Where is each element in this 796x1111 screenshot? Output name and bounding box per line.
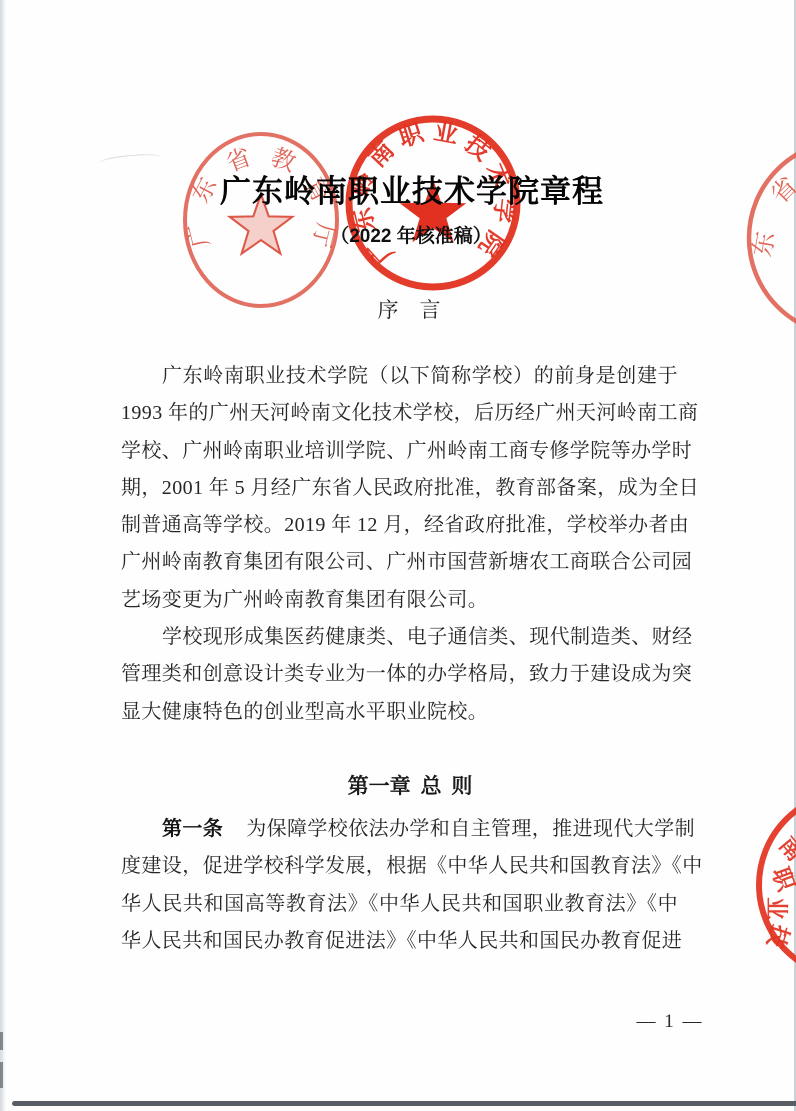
text-line: 第一条为保障学校依法办学和自主管理，推进现代大学制: [121, 811, 678, 848]
text-line: 期，2001 年 5 月经广东省人民政府批准，教育部备案，成为全日: [121, 470, 678, 507]
document-title: 广东岭南职业技术学院章程: [14, 166, 796, 211]
chapter-heading: 第一章 总 则: [12, 770, 796, 800]
text-line: 为保障学校依法办学和自主管理，推进现代大学制: [246, 818, 695, 840]
article-1-paragraph: 第一条为保障学校依法办学和自主管理，推进现代大学制 度建设，促进学校科学发展，根…: [121, 811, 678, 960]
scan-mark: [0, 1032, 3, 1050]
text-line: 华人民共和国民办教育促进法》《中华人民共和国民办教育促进: [121, 923, 678, 960]
scan-edge-bottom: [12, 1101, 796, 1106]
seal-char: 职: [767, 864, 796, 895]
text-line: 学校、广州岭南职业培训学院、广州岭南工商专修学院等办学时: [121, 433, 678, 470]
text-line: 度建设，促进学校科学发展，根据《中华人民共和国教育法》《中: [121, 848, 678, 885]
text-line: 1993 年的广州天河岭南文化技术学校，后历经广州天河岭南工商: [121, 395, 678, 432]
text-line: 艺场变更为广州岭南教育集团有限公司。: [121, 582, 678, 619]
scan-edge-left: [0, 0, 6, 1111]
text-line: 显大健康特色的创业型高水平职业院校。: [121, 694, 678, 731]
edge-seal-bottom: 南 职 业 技: [748, 805, 796, 970]
scanned-document-page: 广东省教育厅 广东岭南职业技术学院 省 东 南 职 业 技 广东岭南职业技术学院…: [0, 0, 796, 1111]
seal-char: 南: [774, 832, 796, 866]
seal-char: 业: [764, 897, 790, 920]
document-subtitle: （2022 年核准稿）: [13, 221, 796, 248]
scan-mark: [0, 1062, 3, 1088]
page-number: — 1 —: [560, 1011, 780, 1033]
text-line: 学校现形成集医药健康类、电子通信类、现代制造类、财经: [121, 619, 678, 656]
text-line: 管理类和创意设计类专业为一体的办学格局，致力于建设成为突: [121, 656, 678, 693]
article-number: 第一条: [162, 818, 223, 840]
preface-heading: 序 言: [11, 294, 796, 324]
preface-paragraphs: 广东岭南职业技术学院（以下简称学校）的前身是创建于 1993 年的广州天河岭南文…: [121, 358, 678, 731]
text-line: 广州岭南教育集团有限公司、广州市国营新塘农工商联合公司园: [121, 544, 678, 581]
text-line: 华人民共和国高等教育法》《中华人民共和国职业教育法》《中: [121, 886, 678, 923]
text-line: 制普通高等学校。2019 年 12 月，经省政府批准，学校举办者由: [121, 507, 678, 544]
text-line: 广东岭南职业技术学院（以下简称学校）的前身是创建于: [121, 358, 678, 395]
